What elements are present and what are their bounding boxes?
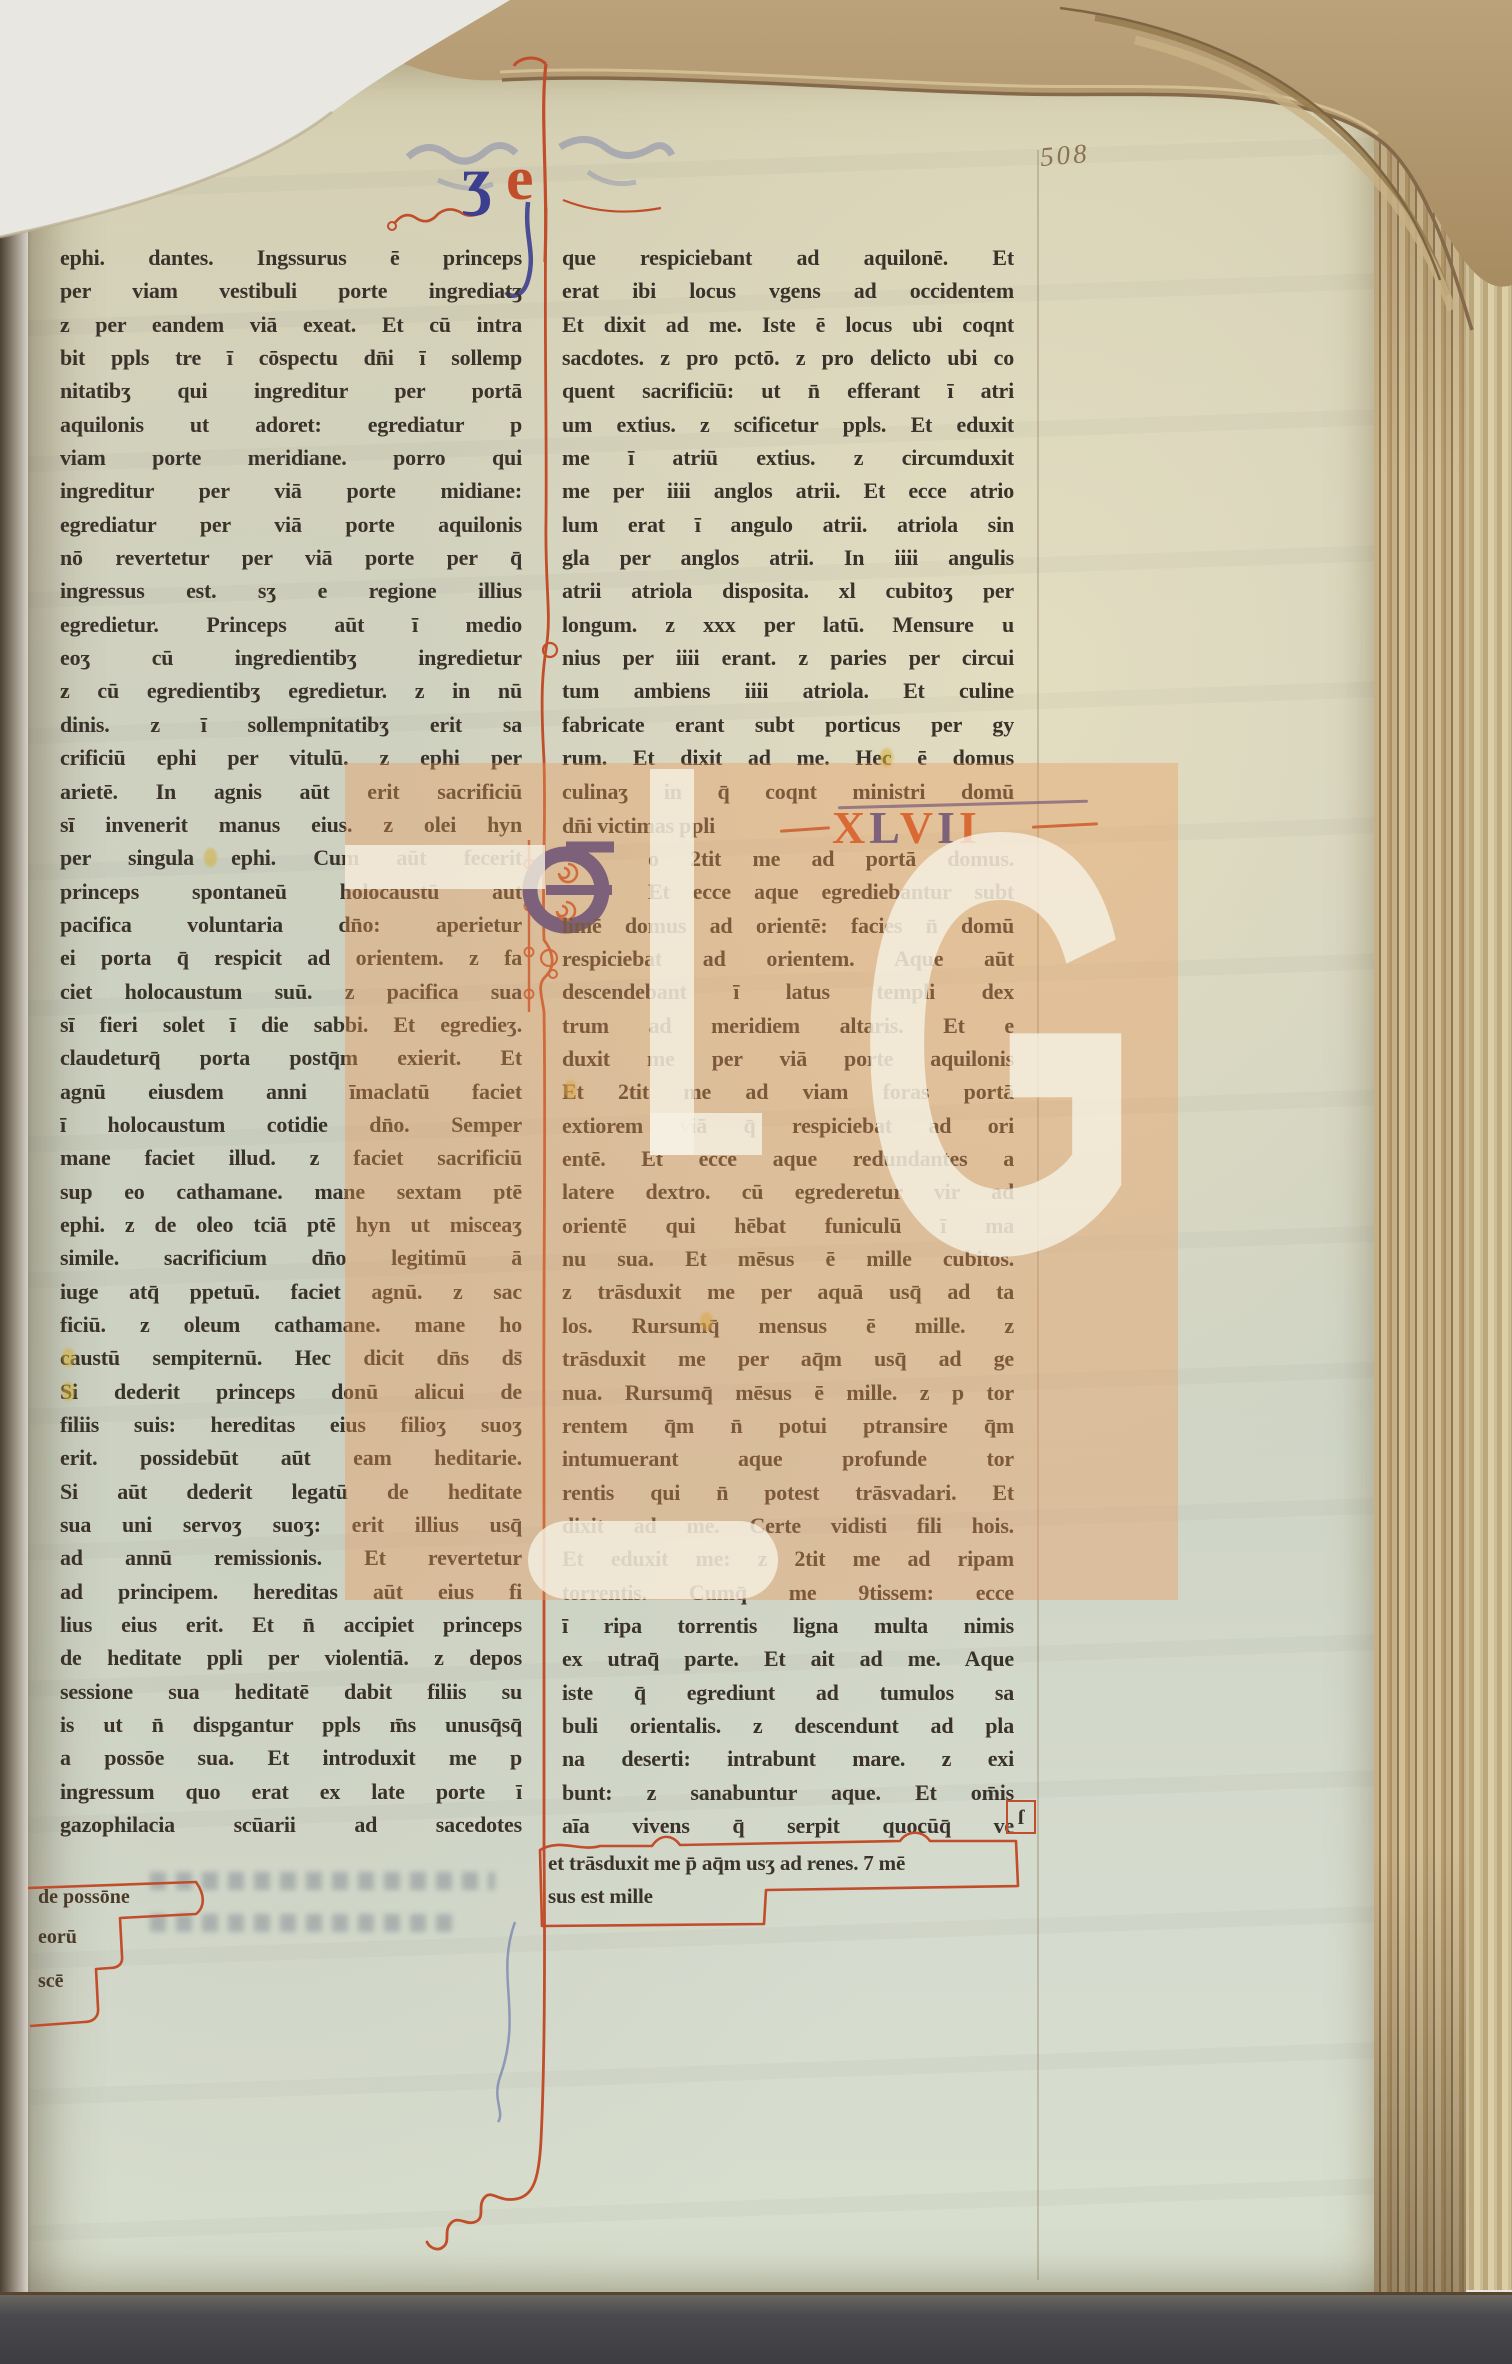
table-surface-shadow xyxy=(0,2292,1512,2364)
red-outlines xyxy=(0,0,1512,2364)
manuscript-photo: 508 ʒ e ephi. dantes. Ingssurus ē prince… xyxy=(0,0,1512,2364)
